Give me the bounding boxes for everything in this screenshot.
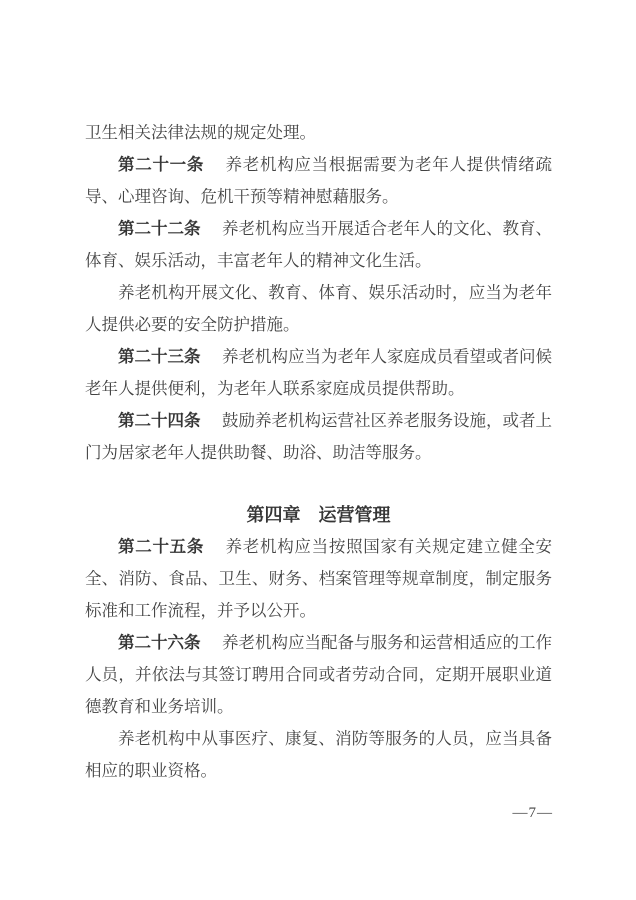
article-26-clause-2-paragraph: 养老机构中从事医疗、康复、消防等服务的人员，应当具备相应的职业资格。	[85, 723, 552, 787]
article-23-paragraph: 第二十三条养老机构应当为老年人家庭成员看望或者问候老年人提供便利，为老年人联系家…	[85, 341, 552, 405]
article-number: 第二十六条	[118, 633, 201, 652]
article-number: 第二十一条	[118, 155, 204, 174]
article-21-paragraph: 第二十一条养老机构应当根据需要为老年人提供情绪疏导、心理咨询、危机干预等精神慰藉…	[85, 149, 552, 213]
article-24-paragraph: 第二十四条鼓励养老机构运营社区养老服务设施，或者上门为居家老年人提供助餐、助浴、…	[85, 405, 552, 469]
paragraph-text: 卫生相关法律法规的规定处理。	[85, 123, 316, 142]
article-number: 第二十五条	[118, 537, 204, 556]
document-page: 卫生相关法律法规的规定处理。 第二十一条养老机构应当根据需要为老年人提供情绪疏导…	[0, 0, 636, 900]
article-26-paragraph: 第二十六条养老机构应当配备与服务和运营相适应的工作人员，并依法与其签订聘用合同或…	[85, 627, 552, 723]
article-22-paragraph: 第二十二条养老机构应当开展适合老年人的文化、教育、体育、娱乐活动，丰富老年人的精…	[85, 213, 552, 277]
article-25-paragraph: 第二十五条养老机构应当按照国家有关规定建立健全安全、消防、食品、卫生、财务、档案…	[85, 531, 552, 627]
chapter-heading: 第四章 运营管理	[85, 499, 552, 531]
paragraph-text: 养老机构开展文化、教育、体育、娱乐活动时，应当为老年人提供必要的安全防护措施。	[85, 283, 552, 334]
paragraph-continuation: 卫生相关法律法规的规定处理。	[85, 117, 552, 149]
article-number: 第二十三条	[118, 347, 201, 366]
article-number: 第二十四条	[118, 411, 201, 430]
page-number: —7—	[513, 803, 554, 823]
article-number: 第二十二条	[118, 219, 201, 238]
article-22-clause-2-paragraph: 养老机构开展文化、教育、体育、娱乐活动时，应当为老年人提供必要的安全防护措施。	[85, 277, 552, 341]
page-content: 卫生相关法律法规的规定处理。 第二十一条养老机构应当根据需要为老年人提供情绪疏导…	[85, 117, 552, 787]
paragraph-text: 养老机构中从事医疗、康复、消防等服务的人员，应当具备相应的职业资格。	[85, 729, 552, 780]
